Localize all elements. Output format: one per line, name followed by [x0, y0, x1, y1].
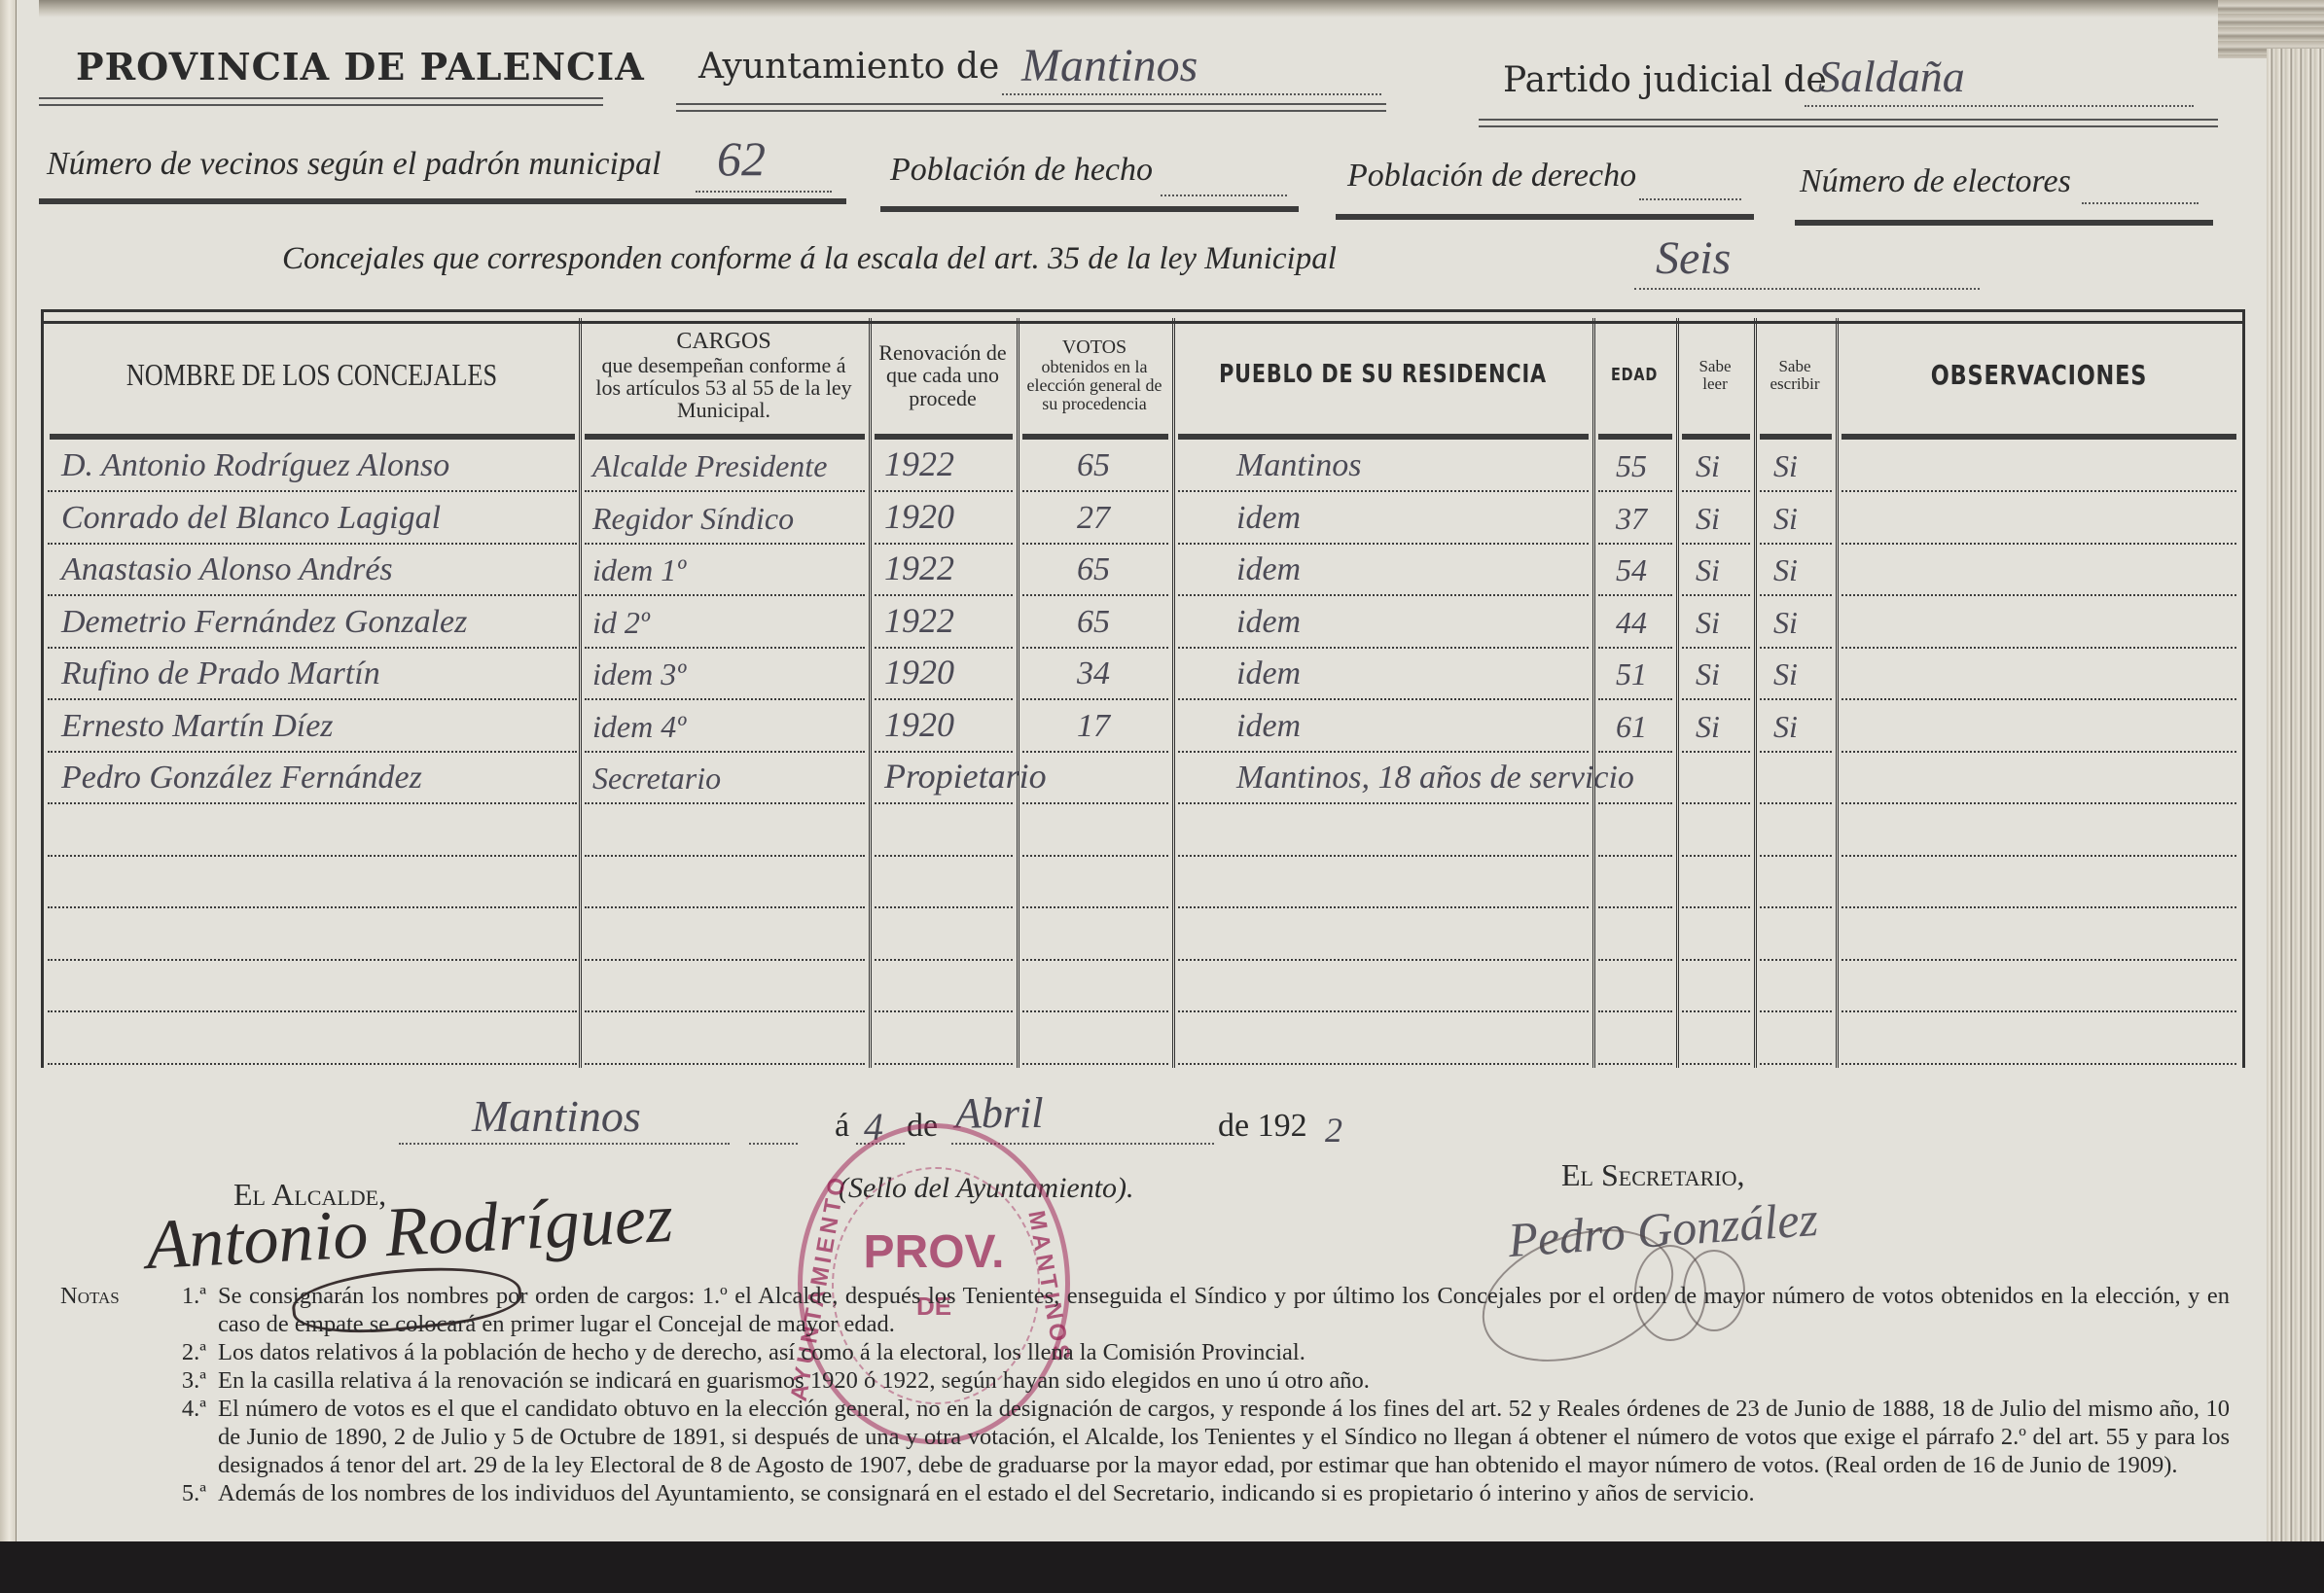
cell-cargo[interactable] [585, 964, 865, 1012]
cell-edad[interactable]: 44 [1598, 600, 1672, 649]
cell-observaciones[interactable] [1841, 808, 2236, 857]
cell-sabe-leer[interactable]: Si [1682, 443, 1750, 492]
date-year-suffix[interactable]: 2 [1325, 1110, 1342, 1150]
cell-votos-value: 65 [1077, 447, 1110, 484]
cell-cargo-value: id 2º [592, 605, 650, 641]
ayuntamiento-double-rule [676, 103, 1386, 112]
cell-observaciones[interactable] [1841, 860, 2236, 908]
cell-sabe-leer[interactable] [1682, 1016, 1750, 1065]
cell-cargo[interactable]: id 2º [585, 600, 865, 649]
cell-renovacion-value: 1920 [884, 704, 954, 745]
cell-cargo-value: idem 1º [592, 552, 686, 588]
cell-cargo-value: Regidor Síndico [592, 501, 794, 537]
cell-sabe-escribir-value: Si [1773, 501, 1798, 537]
cell-observaciones[interactable] [1841, 912, 2236, 961]
cell-observaciones[interactable] [1841, 443, 2236, 492]
scan-background-edge [0, 1541, 2324, 1593]
table-row [44, 1012, 2242, 1067]
poblacion-derecho-label: Población de derecho [1347, 158, 1636, 195]
cell-nombre[interactable] [48, 1016, 577, 1065]
cell-renovacion-value: 1922 [884, 548, 954, 588]
cell-nombre-value: Pedro González Fernández [61, 760, 422, 796]
cell-edad-value: 54 [1616, 552, 1647, 588]
cell-sabe-leer-value: Si [1696, 552, 1720, 588]
poblacion-derecho-field[interactable] [1639, 179, 1741, 200]
cell-nombre[interactable]: Conrado del Blanco Lagigal [48, 496, 577, 545]
note-text: Además de los nombres de los individuos … [218, 1479, 2230, 1507]
secretario-label: El Secretario, [1561, 1157, 1744, 1193]
cell-sabe-leer[interactable]: Si [1682, 652, 1750, 700]
cell-observaciones[interactable] [1841, 652, 2236, 700]
date-a-label: á [835, 1108, 849, 1145]
cell-sabe-escribir-value: Si [1773, 605, 1798, 641]
cell-pueblo[interactable] [1178, 860, 1589, 908]
note-number: 4.ª [138, 1395, 218, 1479]
note-item: 3.ªEn la casilla relativa á la renovació… [60, 1366, 2230, 1395]
notes-lead-label [60, 1479, 138, 1507]
header-sabe-leer: Sabe leer [1679, 321, 1751, 430]
header-votos-sub: obtenidos en la elección general de su p… [1019, 358, 1169, 413]
table-row [44, 960, 2242, 1014]
cell-nombre-value: Ernesto Martín Díez [61, 708, 334, 745]
cell-pueblo-value: idem [1236, 551, 1301, 588]
table-row [44, 856, 2242, 910]
cell-edad[interactable]: 55 [1598, 443, 1672, 492]
cell-renovacion[interactable] [875, 964, 1013, 1012]
notes-lead-label [60, 1395, 138, 1479]
cell-pueblo[interactable] [1178, 964, 1589, 1012]
cell-cargo-value: idem 3º [592, 656, 686, 692]
electores-field[interactable] [2082, 185, 2199, 204]
cell-sabe-leer[interactable] [1682, 912, 1750, 961]
header-cargos-sub: que desempeñan conforme á los artículos … [582, 354, 866, 421]
cell-votos[interactable] [1022, 860, 1168, 908]
note-item: Notas1.ªSe consignarán los nombres por o… [60, 1282, 2230, 1338]
table-row: Ernesto Martín Díezidem 4º192017idem61Si… [44, 700, 2242, 755]
cell-sabe-escribir[interactable]: Si [1760, 443, 1832, 492]
electores-rule [1795, 220, 2213, 226]
cell-cargo[interactable] [585, 1016, 865, 1065]
cell-pueblo-value: idem [1236, 604, 1301, 641]
title-double-rule [39, 97, 603, 106]
cell-sabe-leer[interactable]: Si [1682, 704, 1750, 753]
table-row: Rufino de Prado Martínidem 3º192034idem5… [44, 648, 2242, 702]
cell-votos-value: 34 [1077, 655, 1110, 692]
cell-nombre[interactable]: D. Antonio Rodríguez Alonso [48, 443, 577, 492]
cell-observaciones[interactable] [1841, 548, 2236, 596]
cell-votos[interactable]: 27 [1022, 496, 1168, 545]
cell-renovacion-value: 1920 [884, 496, 954, 537]
cell-nombre[interactable] [48, 964, 577, 1012]
cell-cargo[interactable]: Regidor Síndico [585, 496, 865, 545]
cell-nombre[interactable] [48, 860, 577, 908]
cell-edad[interactable]: 54 [1598, 548, 1672, 596]
cell-cargo[interactable] [585, 860, 865, 908]
cell-sabe-escribir[interactable] [1760, 1016, 1832, 1065]
table-row: Pedro González FernándezSecretarioPropie… [44, 752, 2242, 806]
poblacion-hecho-field[interactable] [1161, 171, 1287, 196]
cell-renovacion[interactable] [875, 860, 1013, 908]
header-votos: VOTOS obtenidos en la elección general d… [1019, 321, 1169, 430]
cell-sabe-escribir[interactable] [1760, 912, 1832, 961]
cell-renovacion[interactable]: Propietario [875, 756, 1013, 804]
header-observaciones: OBSERVACIONES [1839, 321, 2239, 430]
cell-cargo[interactable]: Secretario [585, 756, 865, 804]
cell-edad[interactable] [1598, 912, 1672, 961]
cell-votos[interactable] [1022, 1016, 1168, 1065]
note-item: 4.ªEl número de votos es el que el candi… [60, 1395, 2230, 1479]
cell-edad-value: 37 [1616, 501, 1647, 537]
cell-renovacion[interactable]: 1920 [875, 704, 1013, 753]
partido-field[interactable]: Saldaña [1805, 76, 2194, 107]
cell-renovacion[interactable] [875, 912, 1013, 961]
cell-renovacion-value: 1922 [884, 443, 954, 484]
cell-nombre-value: Conrado del Blanco Lagigal [61, 500, 441, 537]
cell-sabe-escribir[interactable]: Si [1760, 548, 1832, 596]
ledger-page: PROVINCIA DE PALENCIA Ayuntamiento de Ma… [0, 0, 2324, 1593]
cell-observaciones[interactable] [1841, 600, 2236, 649]
date-place-field[interactable]: Mantinos [399, 1123, 730, 1145]
cell-sabe-escribir[interactable] [1760, 860, 1832, 908]
partido-value: Saldaña [1818, 51, 1965, 102]
cell-votos[interactable] [1022, 808, 1168, 857]
cell-votos-value: 27 [1077, 500, 1110, 537]
cell-renovacion[interactable]: 1922 [875, 443, 1013, 492]
header-sabe-escribir: Sabe escribir [1757, 321, 1833, 430]
vecinos-value: 62 [717, 130, 766, 187]
notes-list: Notas1.ªSe consignarán los nombres por o… [60, 1282, 2230, 1507]
table-row [44, 908, 2242, 963]
cell-votos[interactable]: 17 [1022, 704, 1168, 753]
cell-cargo[interactable]: idem 4º [585, 704, 865, 753]
cell-pueblo-value: idem [1236, 708, 1301, 745]
cell-nombre-value: Rufino de Prado Martín [61, 655, 380, 692]
cell-votos[interactable] [1022, 912, 1168, 961]
concejales-field[interactable]: Seis [1634, 261, 1980, 290]
cell-votos-value: 65 [1077, 551, 1110, 588]
cell-sabe-escribir[interactable] [1760, 964, 1832, 1012]
cell-edad-value: 55 [1616, 448, 1647, 484]
cell-nombre-value: D. Antonio Rodríguez Alonso [61, 447, 449, 484]
cell-cargo[interactable] [585, 808, 865, 857]
cell-sabe-leer-value: Si [1696, 501, 1720, 537]
cell-edad-value: 51 [1616, 656, 1647, 692]
concejales-table: NOMBRE DE LOS CONCEJALES CARGOS que dese… [41, 309, 2245, 1068]
cell-edad-value: 61 [1616, 709, 1647, 745]
cell-sabe-escribir[interactable] [1760, 756, 1832, 804]
note-number: 5.ª [138, 1479, 218, 1507]
cell-observaciones[interactable] [1841, 496, 2236, 545]
cell-sabe-leer-value: Si [1696, 448, 1720, 484]
note-text: En la casilla relativa á la renovación s… [218, 1366, 2230, 1395]
cell-votos[interactable]: 65 [1022, 548, 1168, 596]
note-text: El número de votos es el que el candidat… [218, 1395, 2230, 1479]
cell-pueblo[interactable]: idem [1178, 652, 1589, 700]
header-edad: EDAD [1595, 321, 1673, 430]
cell-edad[interactable] [1598, 808, 1672, 857]
cell-pueblo[interactable]: idem [1178, 496, 1589, 545]
cell-cargo[interactable] [585, 912, 865, 961]
cell-nombre[interactable]: Demetrio Fernández Gonzalez [48, 600, 577, 649]
cell-renovacion-value: 1922 [884, 600, 954, 641]
cell-nombre[interactable] [48, 808, 577, 857]
poblacion-hecho-label: Población de hecho [890, 152, 1153, 189]
date-spacer-field [749, 1123, 798, 1145]
notes-lead-label [60, 1366, 138, 1395]
cell-pueblo[interactable]: idem [1178, 600, 1589, 649]
date-line: Mantinos á 4 de Abril de 192 2 [399, 1084, 1333, 1152]
cell-sabe-escribir-value: Si [1773, 709, 1798, 745]
partido-double-rule [1479, 119, 2218, 127]
date-year-prefix: de 192 [1218, 1108, 1307, 1145]
cell-pueblo-value: Mantinos, 18 años de servicio [1236, 760, 1634, 796]
cell-sabe-escribir-value: Si [1773, 448, 1798, 484]
cell-sabe-escribir[interactable]: Si [1760, 496, 1832, 545]
cell-renovacion[interactable] [875, 808, 1013, 857]
cell-nombre-value: Demetrio Fernández Gonzalez [61, 604, 467, 641]
cell-pueblo-value: idem [1236, 500, 1301, 537]
cell-edad[interactable] [1598, 964, 1672, 1012]
cell-observaciones[interactable] [1841, 1016, 2236, 1065]
cell-nombre-value: Anastasio Alonso Andrés [61, 551, 393, 588]
cell-sabe-leer-value: Si [1696, 605, 1720, 641]
cell-edad[interactable] [1598, 860, 1672, 908]
cell-votos-value: 17 [1077, 708, 1110, 745]
cell-edad[interactable] [1598, 1016, 1672, 1065]
cell-pueblo[interactable]: idem [1178, 548, 1589, 596]
vecinos-label: Número de vecinos según el padrón munici… [47, 146, 661, 183]
notes-lead-label [60, 1338, 138, 1366]
cell-nombre[interactable] [48, 912, 577, 961]
cell-renovacion[interactable]: 1920 [875, 496, 1013, 545]
cell-votos[interactable]: 65 [1022, 443, 1168, 492]
cell-renovacion[interactable]: 1920 [875, 652, 1013, 700]
cell-votos[interactable] [1022, 756, 1168, 804]
cell-pueblo-value: Mantinos [1236, 447, 1361, 484]
cell-edad[interactable] [1598, 756, 1672, 804]
cell-edad[interactable]: 51 [1598, 652, 1672, 700]
book-gutter [0, 0, 17, 1593]
table-row: Demetrio Fernández Gonzalezid 2º192265id… [44, 596, 2242, 651]
cell-cargo[interactable]: idem 3º [585, 652, 865, 700]
cell-nombre[interactable]: Anastasio Alonso Andrés [48, 548, 577, 596]
cell-votos[interactable]: 65 [1022, 600, 1168, 649]
cell-cargo[interactable]: idem 1º [585, 548, 865, 596]
cell-sabe-escribir[interactable]: Si [1760, 652, 1832, 700]
cell-sabe-escribir-value: Si [1773, 656, 1798, 692]
header-pueblo: PUEBLO DE SU RESIDENCIA [1175, 321, 1590, 430]
cell-sabe-escribir[interactable] [1760, 808, 1832, 857]
header-renovacion: Renovación de que cada uno procede [872, 321, 1014, 430]
cell-sabe-leer[interactable]: Si [1682, 496, 1750, 545]
concejales-label: Concejales que corresponden conforme á l… [282, 241, 1337, 277]
cell-pueblo[interactable]: Mantinos, 18 años de servicio [1178, 756, 1589, 804]
cell-sabe-escribir[interactable]: Si [1760, 600, 1832, 649]
table-row: D. Antonio Rodríguez AlonsoAlcalde Presi… [44, 440, 2242, 494]
cell-sabe-leer[interactable] [1682, 808, 1750, 857]
cell-sabe-leer[interactable] [1682, 860, 1750, 908]
cell-votos[interactable]: 34 [1022, 652, 1168, 700]
cell-edad-value: 44 [1616, 605, 1647, 641]
cell-pueblo-value: idem [1236, 655, 1301, 692]
cell-pueblo[interactable] [1178, 808, 1589, 857]
cell-renovacion[interactable] [875, 1016, 1013, 1065]
note-item: 5.ªAdemás de los nombres de los individu… [60, 1479, 2230, 1507]
note-item: 2.ªLos datos relativos á la población de… [60, 1338, 2230, 1366]
ayuntamiento-label: Ayuntamiento de [698, 47, 999, 87]
vecinos-field[interactable]: 62 [696, 163, 832, 193]
header-cargos-title: CARGOS [676, 330, 770, 354]
cell-renovacion[interactable]: 1922 [875, 548, 1013, 596]
province-title: PROVINCIA DE PALENCIA [76, 45, 645, 88]
note-text: Se consignarán los nombres por orden de … [218, 1282, 2230, 1338]
header-votos-title: VOTOS [1062, 337, 1126, 358]
header-cargos: CARGOS que desempeñan conforme á los art… [582, 321, 866, 430]
cell-edad[interactable]: 37 [1598, 496, 1672, 545]
notes-lead-label: Notas [60, 1282, 138, 1338]
cell-renovacion[interactable]: 1922 [875, 600, 1013, 649]
cell-nombre[interactable]: Ernesto Martín Díez [48, 704, 577, 753]
cell-sabe-leer-value: Si [1696, 709, 1720, 745]
cell-edad[interactable]: 61 [1598, 704, 1672, 753]
cell-sabe-leer[interactable]: Si [1682, 600, 1750, 649]
cell-sabe-leer[interactable]: Si [1682, 548, 1750, 596]
table-row: Conrado del Blanco LagigalRegidor Síndic… [44, 492, 2242, 547]
cell-cargo-value: Alcalde Presidente [592, 448, 827, 484]
cell-nombre[interactable]: Rufino de Prado Martín [48, 652, 577, 700]
poblacion-derecho-rule [1336, 214, 1754, 220]
cell-sabe-leer[interactable] [1682, 756, 1750, 804]
note-number: 2.ª [138, 1338, 218, 1366]
cell-nombre[interactable]: Pedro González Fernández [48, 756, 577, 804]
electores-label: Número de electores [1800, 163, 2071, 200]
cell-observaciones[interactable] [1841, 964, 2236, 1012]
cell-cargo[interactable]: Alcalde Presidente [585, 443, 865, 492]
partido-label: Partido judicial de [1503, 60, 1827, 100]
ayuntamiento-value: Mantinos [1021, 39, 1198, 92]
concejales-value: Seis [1656, 231, 1731, 285]
ayuntamiento-field[interactable]: Mantinos [1002, 60, 1381, 95]
cell-sabe-escribir-value: Si [1773, 552, 1798, 588]
page-stack-edge [2267, 49, 2324, 1566]
cell-cargo-value: idem 4º [592, 709, 686, 745]
header-nombre: NOMBRE DE LOS CONCEJALES [44, 321, 579, 430]
table-row [44, 804, 2242, 859]
cell-pueblo[interactable] [1178, 1016, 1589, 1065]
notes-section: Notas1.ªSe consignarán los nombres por o… [60, 1282, 2230, 1507]
poblacion-hecho-rule [880, 206, 1299, 212]
cell-observaciones[interactable] [1841, 704, 2236, 753]
cell-renovacion-value: 1920 [884, 652, 954, 692]
cell-cargo-value: Secretario [592, 761, 721, 796]
table-row: Anastasio Alonso Andrésidem 1º192265idem… [44, 544, 2242, 598]
date-place-value: Mantinos [472, 1090, 641, 1142]
vecinos-rule [39, 198, 846, 204]
cell-sabe-leer[interactable] [1682, 964, 1750, 1012]
note-text: Los datos relativos á la población de he… [218, 1338, 2230, 1366]
cell-pueblo[interactable]: Mantinos [1178, 443, 1589, 492]
cell-pueblo[interactable] [1178, 912, 1589, 961]
cell-votos[interactable] [1022, 964, 1168, 1012]
cell-sabe-escribir[interactable]: Si [1760, 704, 1832, 753]
cell-observaciones[interactable] [1841, 756, 2236, 804]
page-top-edge [39, 0, 2324, 18]
cell-sabe-leer-value: Si [1696, 656, 1720, 692]
cell-votos-value: 65 [1077, 604, 1110, 641]
cell-pueblo[interactable]: idem [1178, 704, 1589, 753]
note-number: 3.ª [138, 1366, 218, 1395]
note-number: 1.ª [138, 1282, 218, 1338]
